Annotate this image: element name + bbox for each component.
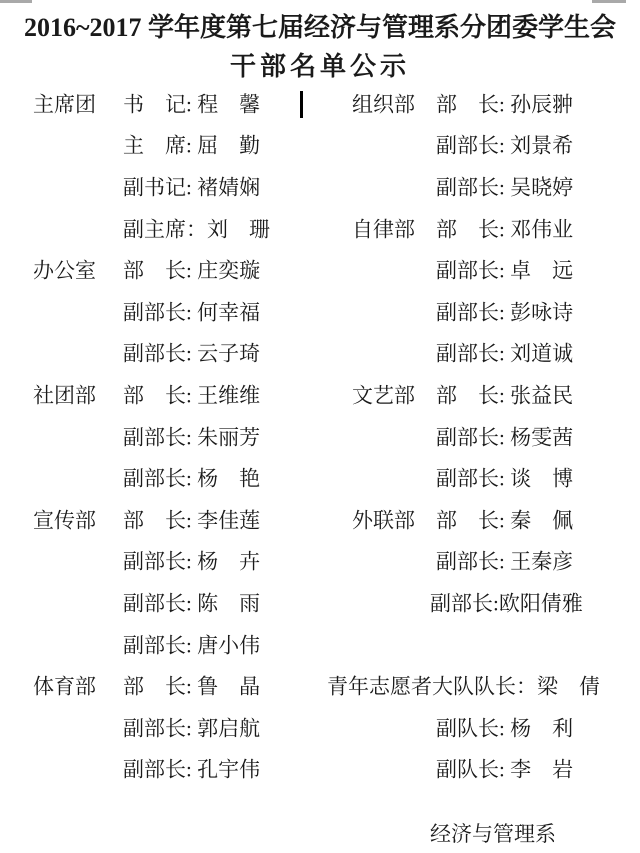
scan-artifact-left bbox=[0, 0, 32, 3]
department-label: 文艺部 bbox=[352, 385, 415, 406]
position-entry: 副部长: 云子琦 bbox=[123, 344, 260, 365]
roster-row: 副部长: 唐小伟 bbox=[0, 625, 640, 667]
position-entry: 青年志愿者大队队长：梁 倩 bbox=[327, 677, 600, 698]
position-entry: 副部长: 杨雯茜 bbox=[436, 427, 573, 448]
position-entry: 书 记: 程 馨 bbox=[123, 94, 260, 115]
roster-row: 体育部 部 长: 鲁 晶 青年志愿者大队队长：梁 倩 bbox=[0, 666, 640, 708]
roster-row: 副部长: 朱丽芳 副部长: 杨雯茜 bbox=[0, 417, 640, 459]
roster-row: 副部长: 陈 雨 副部长:欧阳倩雅 bbox=[0, 583, 640, 625]
position-entry: 副部长: 郭启航 bbox=[123, 718, 260, 739]
position-entry: 副部长: 唐小伟 bbox=[123, 635, 260, 656]
department-label: 外联部 bbox=[352, 510, 415, 531]
document-page: 2016~2017 学年度第七届经济与管理系分团委学生会 干部名单公示 主席团 … bbox=[0, 0, 640, 853]
roster-row: 办公室 部 长: 庄奕璇 副部长: 卓 远 bbox=[0, 250, 640, 292]
position-entry: 副部长: 杨 艳 bbox=[123, 469, 260, 490]
department-label: 自律部 bbox=[352, 219, 415, 240]
position-entry: 副部长: 谈 博 bbox=[436, 469, 573, 490]
roster-row: 副部长: 云子琦 副部长: 刘道诚 bbox=[0, 334, 640, 376]
roster-row: 副部长: 何幸福 副部长: 彭咏诗 bbox=[0, 292, 640, 334]
position-entry: 副部长: 陈 雨 bbox=[123, 593, 260, 614]
position-entry: 副部长: 王秦彦 bbox=[436, 552, 573, 573]
position-entry: 部 长: 孙辰翀 bbox=[436, 94, 573, 115]
position-entry: 副部长: 孔宇伟 bbox=[123, 760, 260, 781]
position-entry: 部 长: 李佳莲 bbox=[123, 510, 260, 531]
roster-row: 副书记: 褚婧娴 副部长: 吴晓婷 bbox=[0, 167, 640, 209]
roster-row: 主席团 书 记: 程 馨 组织部 部 长: 孙辰翀 bbox=[0, 84, 640, 126]
department-label: 体育部 bbox=[33, 677, 96, 698]
roster-row: 副主席：刘 珊 自律部 部 长: 邓伟业 bbox=[0, 209, 640, 251]
roster-row: 副部长: 杨 卉 副部长: 王秦彦 bbox=[0, 542, 640, 584]
position-entry: 副部长: 杨 卉 bbox=[123, 552, 260, 573]
position-entry: 副部长: 何幸福 bbox=[123, 302, 260, 323]
position-entry: 副部长: 彭咏诗 bbox=[436, 302, 573, 323]
position-entry: 部 长: 秦 佩 bbox=[436, 510, 573, 531]
signature: 经济与管理系 bbox=[430, 818, 556, 848]
position-entry: 副部长: 刘景希 bbox=[436, 136, 573, 157]
roster-row: 副部长: 孔宇伟 副队长: 李 岩 bbox=[0, 750, 640, 792]
department-label: 组织部 bbox=[352, 94, 415, 115]
department-label: 宣传部 bbox=[33, 510, 96, 531]
position-entry: 部 长: 庄奕璇 bbox=[123, 261, 260, 282]
position-entry: 副主席：刘 珊 bbox=[123, 219, 270, 240]
position-entry: 副书记: 褚婧娴 bbox=[123, 177, 260, 198]
position-entry: 部 长: 邓伟业 bbox=[436, 219, 573, 240]
position-entry: 副队长: 李 岩 bbox=[436, 760, 573, 781]
document-title-line2: 干部名单公示 bbox=[0, 52, 640, 82]
position-entry: 副部长: 卓 远 bbox=[436, 261, 573, 282]
scan-artifact-right bbox=[592, 0, 626, 3]
position-entry: 副部长: 刘道诚 bbox=[436, 344, 573, 365]
position-entry: 副部长:欧阳倩雅 bbox=[430, 593, 583, 614]
roster-row: 主 席: 屈 勤 副部长: 刘景希 bbox=[0, 126, 640, 168]
roster-row: 副部长: 郭启航 副队长: 杨 利 bbox=[0, 708, 640, 750]
position-entry: 部 长: 张益民 bbox=[436, 385, 573, 406]
department-label: 办公室 bbox=[33, 261, 96, 282]
roster-row: 副部长: 杨 艳 副部长: 谈 博 bbox=[0, 458, 640, 500]
roster-row: 社团部 部 长: 王维维 文艺部 部 长: 张益民 bbox=[0, 375, 640, 417]
position-entry: 副部长: 朱丽芳 bbox=[123, 427, 260, 448]
document-title-line1: 2016~2017 学年度第七届经济与管理系分团委学生会 bbox=[0, 13, 640, 43]
position-entry: 部 长: 鲁 晶 bbox=[123, 677, 260, 698]
position-entry: 副部长: 吴晓婷 bbox=[436, 177, 573, 198]
department-label: 社团部 bbox=[33, 385, 96, 406]
position-entry: 主 席: 屈 勤 bbox=[123, 136, 260, 157]
roster-list: 主席团 书 记: 程 馨 组织部 部 长: 孙辰翀 主 席: 屈 勤 副部长: … bbox=[0, 84, 640, 791]
roster-row: 宣传部 部 长: 李佳莲 外联部 部 长: 秦 佩 bbox=[0, 500, 640, 542]
position-entry: 副队长: 杨 利 bbox=[436, 718, 573, 739]
position-entry: 部 长: 王维维 bbox=[123, 385, 260, 406]
department-label: 主席团 bbox=[33, 94, 96, 115]
